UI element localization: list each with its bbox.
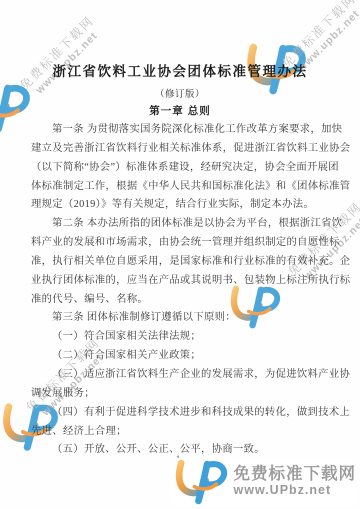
body-line: 建立及完善浙江省饮料行业相关标准体系，促进浙江省饮料工业协会 [31, 140, 333, 159]
site-brand: 免费标准下载网 www.UPbz.net [170, 458, 359, 506]
body-line: 准，执行相关单位自愿采用，是国家标准和行业标准的有效补充。企 [31, 253, 333, 272]
body-line: （以下简称“协会”）标准体系建设，经研究决定，协会全面开展团 [31, 159, 333, 178]
document-content: 浙江省饮料工业协会团体标准管理办法 （修订版） 第一章 总则 第一条 为贯彻落实… [0, 0, 360, 509]
document-subtitle: （修订版） [0, 86, 360, 100]
body-line: （四）有利于促进科学技术进步和科技成果的转化，做到技术上 [31, 404, 333, 423]
document-page: 免费标准下载网 www.upbz.net 免费标准下载网 www.upbz.ne… [0, 0, 360, 509]
body-line: 理规定（2019）》等有关规定，结合行业实际，制定本办法。 [31, 196, 333, 215]
body-line: 业执行团体标准的，应当在产品或其说明书、包装物上标注所执行标 [31, 272, 333, 291]
body-line: 第一条 为贯彻落实国务院深化标准化工作改革方案要求，加快 [31, 121, 333, 140]
body-line: （一）符合国家相关法律法规； [31, 328, 333, 347]
body-line: 料产业的发展和市场需求，由协会统一管理并组织制定的自愿性标 [31, 234, 333, 253]
chapter-heading: 第一章 总则 [0, 103, 360, 118]
body-line: （三）适应浙江省饮料生产企业的发展需求，为促进饮料产业协 [31, 366, 333, 385]
site-brand-name: 免费标准下载网 [234, 466, 357, 483]
document-title: 浙江省饮料工业协会团体标准管理办法 [0, 60, 360, 80]
site-brand-text: 免费标准下载网 www.UPbz.net [234, 466, 357, 497]
up-logo-icon [172, 459, 230, 505]
document-body: 第一条 为贯彻落实国务院深化标准化工作改革方案要求，加快建立及完善浙江省饮料行业… [31, 121, 333, 460]
body-line: 调发展服务； [31, 385, 333, 404]
body-line: 准的代号、编号、名称。 [31, 291, 333, 310]
body-line: 体标准制定工作，根据《中华人民共和国标准化法》和《团体标准管 [31, 178, 333, 197]
site-brand-url: www.UPbz.net [234, 484, 357, 498]
body-line: 先进、经济上合理； [31, 423, 333, 442]
body-line: 第三条 团体标准制修订遵循以下原则： [31, 309, 333, 328]
body-line: （二）符合国家相关产业政策； [31, 347, 333, 366]
body-line: 第二条 本办法所指的团体标准是以协会为平台，根据浙江省饮 [31, 215, 333, 234]
